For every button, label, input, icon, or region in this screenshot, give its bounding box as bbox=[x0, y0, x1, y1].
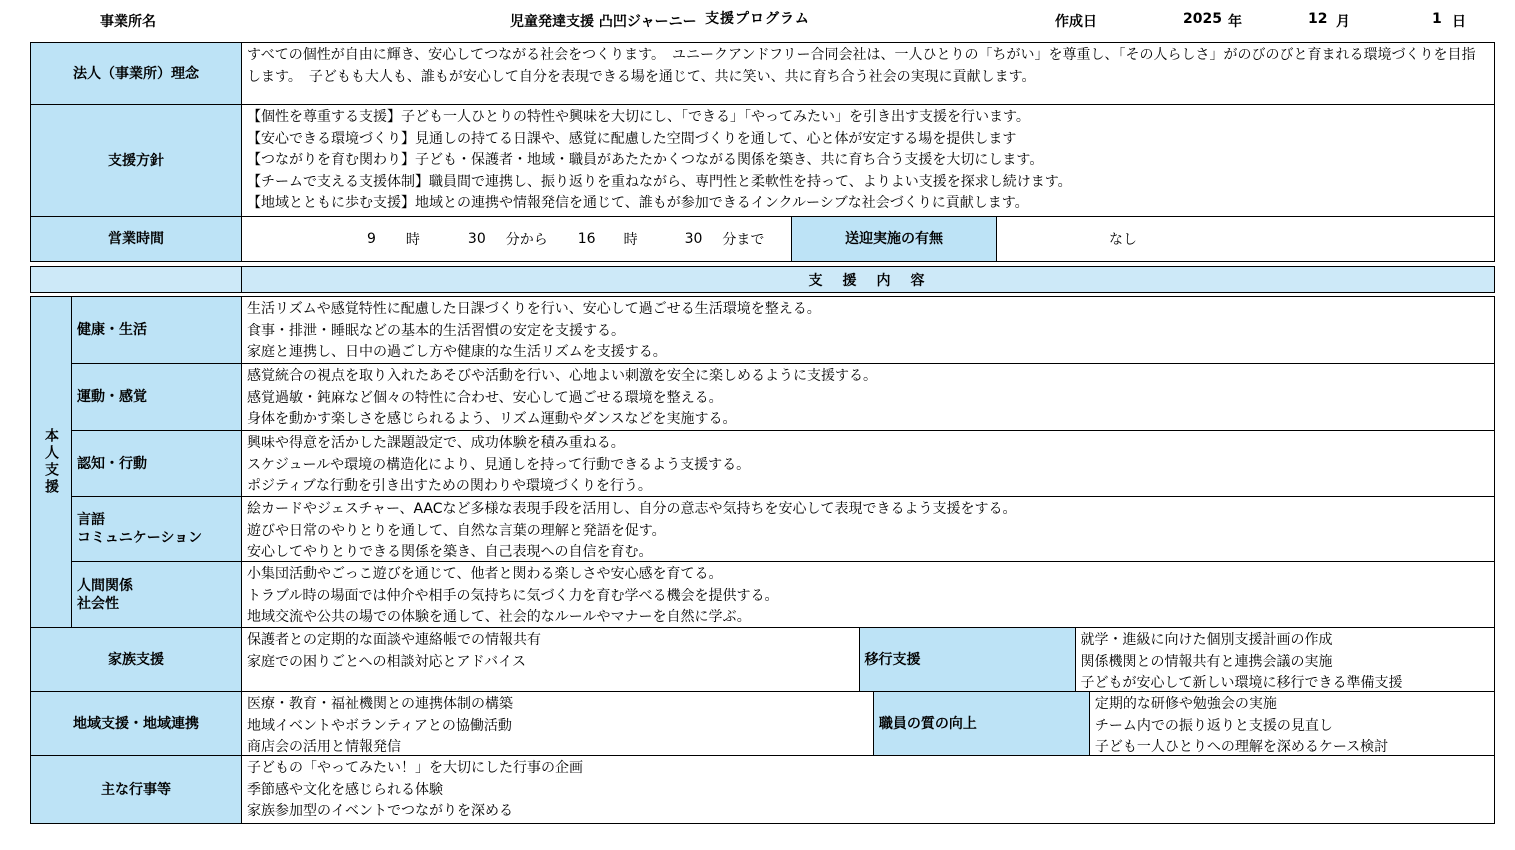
philosophy-row: 法人（事業所）理念 すべての個性が自由に輝き、安心してつながる社会をつくります。… bbox=[31, 43, 1494, 104]
policy-text: 【個性を尊重する支援】子ども一人ひとりの特性や興味を大切にし、「できる」「やって… bbox=[241, 105, 1494, 216]
created-month: 12 bbox=[1308, 11, 1327, 27]
transition-support-text: 就学・進級に向けた個別支援計画の作成 関係機関との情報共有と連携会議の実施 子ど… bbox=[1075, 628, 1495, 691]
year-unit: 年 bbox=[1228, 11, 1242, 31]
social-relations-label: 人間関係 社会性 bbox=[71, 562, 241, 627]
health-life-row: 健康・生活 生活リズムや感覚特性に配慮した日課づくりを行い、安心して過ごせる生活… bbox=[71, 297, 1494, 363]
top-block: 法人（事業所）理念 すべての個性が自由に輝き、安心してつながる社会をつくります。… bbox=[30, 42, 1495, 262]
motor-sensory-row: 運動・感覚 感覚統合の視点を取り入れたあそびや活動を行い、心地よい刺激を安全に楽… bbox=[71, 363, 1494, 430]
office-name-value: 児童発達支援 凸凹ジャーニー bbox=[510, 11, 697, 31]
motor-sensory-text: 感覚統合の視点を取り入れたあそびや活動を行い、心地よい刺激を安全に楽しめるように… bbox=[241, 364, 1494, 430]
health-life-label: 健康・生活 bbox=[71, 297, 241, 363]
language-communication-label: 言語 コミュニケーション bbox=[71, 497, 241, 561]
events-label: 主な行事等 bbox=[31, 756, 241, 823]
hours-hour-unit-2: 時 bbox=[624, 229, 638, 249]
motor-sensory-label: 運動・感覚 bbox=[71, 364, 241, 430]
cognition-behavior-label: 認知・行動 bbox=[71, 431, 241, 496]
staff-quality-label: 職員の質の向上 bbox=[873, 692, 1089, 755]
created-year: 2025 bbox=[1183, 11, 1222, 27]
hours-value: 9 時 30 分から 16 時 30 分まで bbox=[241, 217, 791, 261]
created-day: 1 bbox=[1432, 11, 1442, 27]
social-relations-row: 人間関係 社会性 小集団活動やごっこ遊びを通じて、他者と関わる楽しさや安心感を育… bbox=[71, 561, 1494, 627]
month-unit: 月 bbox=[1336, 11, 1350, 31]
main-block: 本人支援 健康・生活 生活リズムや感覚特性に配慮した日課づくりを行い、安心して過… bbox=[30, 296, 1495, 824]
band-spacer-cell bbox=[31, 267, 241, 292]
events-row: 主な行事等 子どもの「やってみたい！」を大切にした行事の企画 季節感や文化を感じ… bbox=[31, 755, 1494, 823]
policy-label: 支援方針 bbox=[31, 105, 241, 216]
personal-support-rows: 健康・生活 生活リズムや感覚特性に配慮した日課づくりを行い、安心して過ごせる生活… bbox=[71, 297, 1494, 627]
social-relations-text: 小集団活動やごっこ遊びを通じて、他者と関わる楽しさや安心感を育てる。 トラブル時… bbox=[241, 562, 1494, 627]
program-table: 法人（事業所）理念 すべての個性が自由に輝き、安心してつながる社会をつくります。… bbox=[30, 42, 1495, 824]
transition-support-label: 移行支援 bbox=[859, 628, 1075, 691]
philosophy-label: 法人（事業所）理念 bbox=[31, 43, 241, 104]
philosophy-text: すべての個性が自由に輝き、安心してつながる社会をつくります。 ユニークアンドフリ… bbox=[241, 43, 1494, 104]
hours-row: 営業時間 9 時 30 分から 16 時 30 分まで 送迎実施の有無 なし bbox=[31, 216, 1494, 261]
health-life-text: 生活リズムや感覚特性に配慮した日課づくりを行い、安心して過ごせる生活環境を整える… bbox=[241, 297, 1494, 363]
day-unit: 日 bbox=[1452, 11, 1466, 31]
cognition-behavior-text: 興味や得意を活かした課題設定で、成功体験を積み重ねる。 スケジュールや環境の構造… bbox=[241, 431, 1494, 496]
page-header: 事業所名 児童発達支援 凸凹ジャーニー 支援プログラム 作成日 2025 年 1… bbox=[0, 0, 1515, 42]
office-name-label: 事業所名 bbox=[100, 11, 156, 31]
hours-end-min: 30 bbox=[685, 231, 703, 247]
hours-start-min: 30 bbox=[468, 231, 486, 247]
page-title: 支援プログラム bbox=[705, 8, 810, 28]
support-content-band: 支 援 内 容 bbox=[30, 266, 1495, 293]
hours-end-hour: 16 bbox=[578, 231, 596, 247]
hours-from-unit: 分から bbox=[506, 229, 548, 249]
hours-start-hour: 9 bbox=[367, 231, 376, 247]
pickup-label: 送迎実施の有無 bbox=[791, 217, 996, 261]
hours-hour-unit-1: 時 bbox=[406, 229, 420, 249]
hours-label: 営業時間 bbox=[31, 217, 241, 261]
community-support-label: 地域支援・地域連携 bbox=[31, 692, 241, 755]
family-transition-row: 家族支援 保護者との定期的な面談や連絡帳での情報共有 家庭での困りごとへの相談対… bbox=[31, 627, 1494, 691]
policy-row: 支援方針 【個性を尊重する支援】子ども一人ひとりの特性や興味を大切にし、「できる… bbox=[31, 104, 1494, 216]
cognition-behavior-row: 認知・行動 興味や得意を活かした課題設定で、成功体験を積み重ねる。 スケジュール… bbox=[71, 430, 1494, 496]
created-date-label: 作成日 bbox=[1055, 11, 1097, 31]
staff-quality-text: 定期的な研修や勉強会の実施 チーム内での振り返りと支援の見直し 子ども一人ひとり… bbox=[1089, 692, 1494, 755]
personal-support-vertical-label: 本人支援 bbox=[31, 297, 71, 627]
language-communication-row: 言語 コミュニケーション 絵カードやジェスチャー、AACなど多様な表現手段を活用… bbox=[71, 496, 1494, 561]
personal-support-section: 本人支援 健康・生活 生活リズムや感覚特性に配慮した日課づくりを行い、安心して過… bbox=[31, 297, 1494, 627]
community-support-text: 医療・教育・福祉機関との連携体制の構築 地域イベントやボランティアとの協働活動 … bbox=[241, 692, 873, 755]
support-content-title: 支 援 内 容 bbox=[241, 267, 1494, 292]
support-program-sheet: 事業所名 児童発達支援 凸凹ジャーニー 支援プログラム 作成日 2025 年 1… bbox=[0, 0, 1515, 850]
pickup-value: なし bbox=[996, 217, 1494, 261]
community-staff-row: 地域支援・地域連携 医療・教育・福祉機関との連携体制の構築 地域イベントやボラン… bbox=[31, 691, 1494, 755]
language-communication-text: 絵カードやジェスチャー、AACなど多様な表現手段を活用し、自分の意志や気持ちを安… bbox=[241, 497, 1494, 561]
family-support-label: 家族支援 bbox=[31, 628, 241, 691]
hours-to-unit: 分まで bbox=[722, 229, 764, 249]
events-text: 子どもの「やってみたい！」を大切にした行事の企画 季節感や文化を感じられる体験 … bbox=[241, 756, 1494, 823]
family-support-text: 保護者との定期的な面談や連絡帳での情報共有 家庭での困りごとへの相談対応とアドバ… bbox=[241, 628, 859, 691]
